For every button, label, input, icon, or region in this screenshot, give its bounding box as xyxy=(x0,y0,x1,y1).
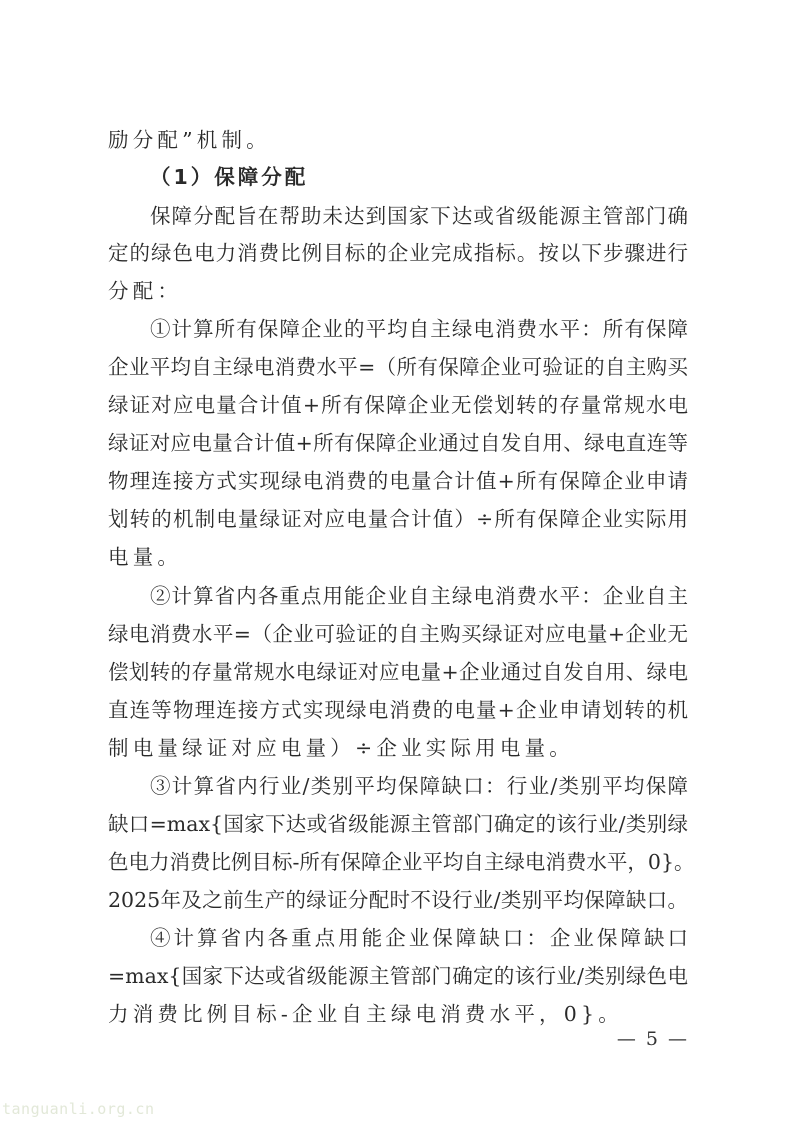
text-line: 物理连接方式实现绿电消费的电量合计值+所有保障企业申请 xyxy=(108,465,688,497)
text-line: 电量。 xyxy=(108,541,688,573)
text-line: ②计算省内各重点用能企业自主绿电消费水平：企业自主 xyxy=(150,580,688,612)
text-line: ④计算省内各重点用能企业保障缺口：企业保障缺口 xyxy=(150,922,688,954)
text-line: ①计算所有保障企业的平均自主绿电消费水平：所有保障 xyxy=(150,313,688,345)
text-line: 绿电消费水平=（企业可验证的自主购买绿证对应电量+企业无 xyxy=(108,618,688,650)
text-line: 色电力消费比例目标-所有保障企业平均自主绿电消费水平，0}。 xyxy=(108,846,688,878)
text-line: 缺口=max{国家下达或省级能源主管部门确定的该行业/类别绿 xyxy=(108,808,688,840)
text-line: 力消费比例目标-企业自主绿电消费水平，0}。 xyxy=(108,998,688,1030)
document-page: 励分配”机制。（1）保障分配保障分配旨在帮助未达到国家下达或省级能源主管部门确定… xyxy=(0,0,793,1122)
text-line: 绿证对应电量合计值+所有保障企业通过自发自用、绿电直连等 xyxy=(108,427,688,459)
text-line: 绿证对应电量合计值+所有保障企业无偿划转的存量常规水电 xyxy=(108,389,688,421)
watermark: tanguanli.org.cn xyxy=(2,1100,155,1118)
text-line: 偿划转的存量常规水电绿证对应电量+企业通过自发自用、绿电 xyxy=(108,656,688,688)
text-line: 企业平均自主绿电消费水平=（所有保障企业可验证的自主购买 xyxy=(108,351,688,383)
text-line: 分配： xyxy=(108,275,688,307)
text-line: 定的绿色电力消费比例目标的企业完成指标。按以下步骤进行 xyxy=(108,237,688,269)
text-line: =max{国家下达或省级能源主管部门确定的该行业/类别绿色电 xyxy=(108,960,688,992)
text-line: 制电量绿证对应电量）÷企业实际用电量。 xyxy=(108,732,688,764)
page-number: — 5 — xyxy=(617,1028,689,1050)
text-line: ③计算省内行业/类别平均保障缺口：行业/类别平均保障 xyxy=(150,770,688,802)
text-line: 励分配”机制。 xyxy=(108,124,688,156)
section-heading: （1）保障分配 xyxy=(150,161,688,193)
text-line: 直连等物理连接方式实现绿电消费的电量+企业申请划转的机 xyxy=(108,694,688,726)
text-line: 保障分配旨在帮助未达到国家下达或省级能源主管部门确 xyxy=(150,200,688,232)
text-line: 2025年及之前生产的绿证分配时不设行业/类别平均保障缺口。 xyxy=(108,884,688,916)
text-line: 划转的机制电量绿证对应电量合计值）÷所有保障企业实际用 xyxy=(108,503,688,535)
